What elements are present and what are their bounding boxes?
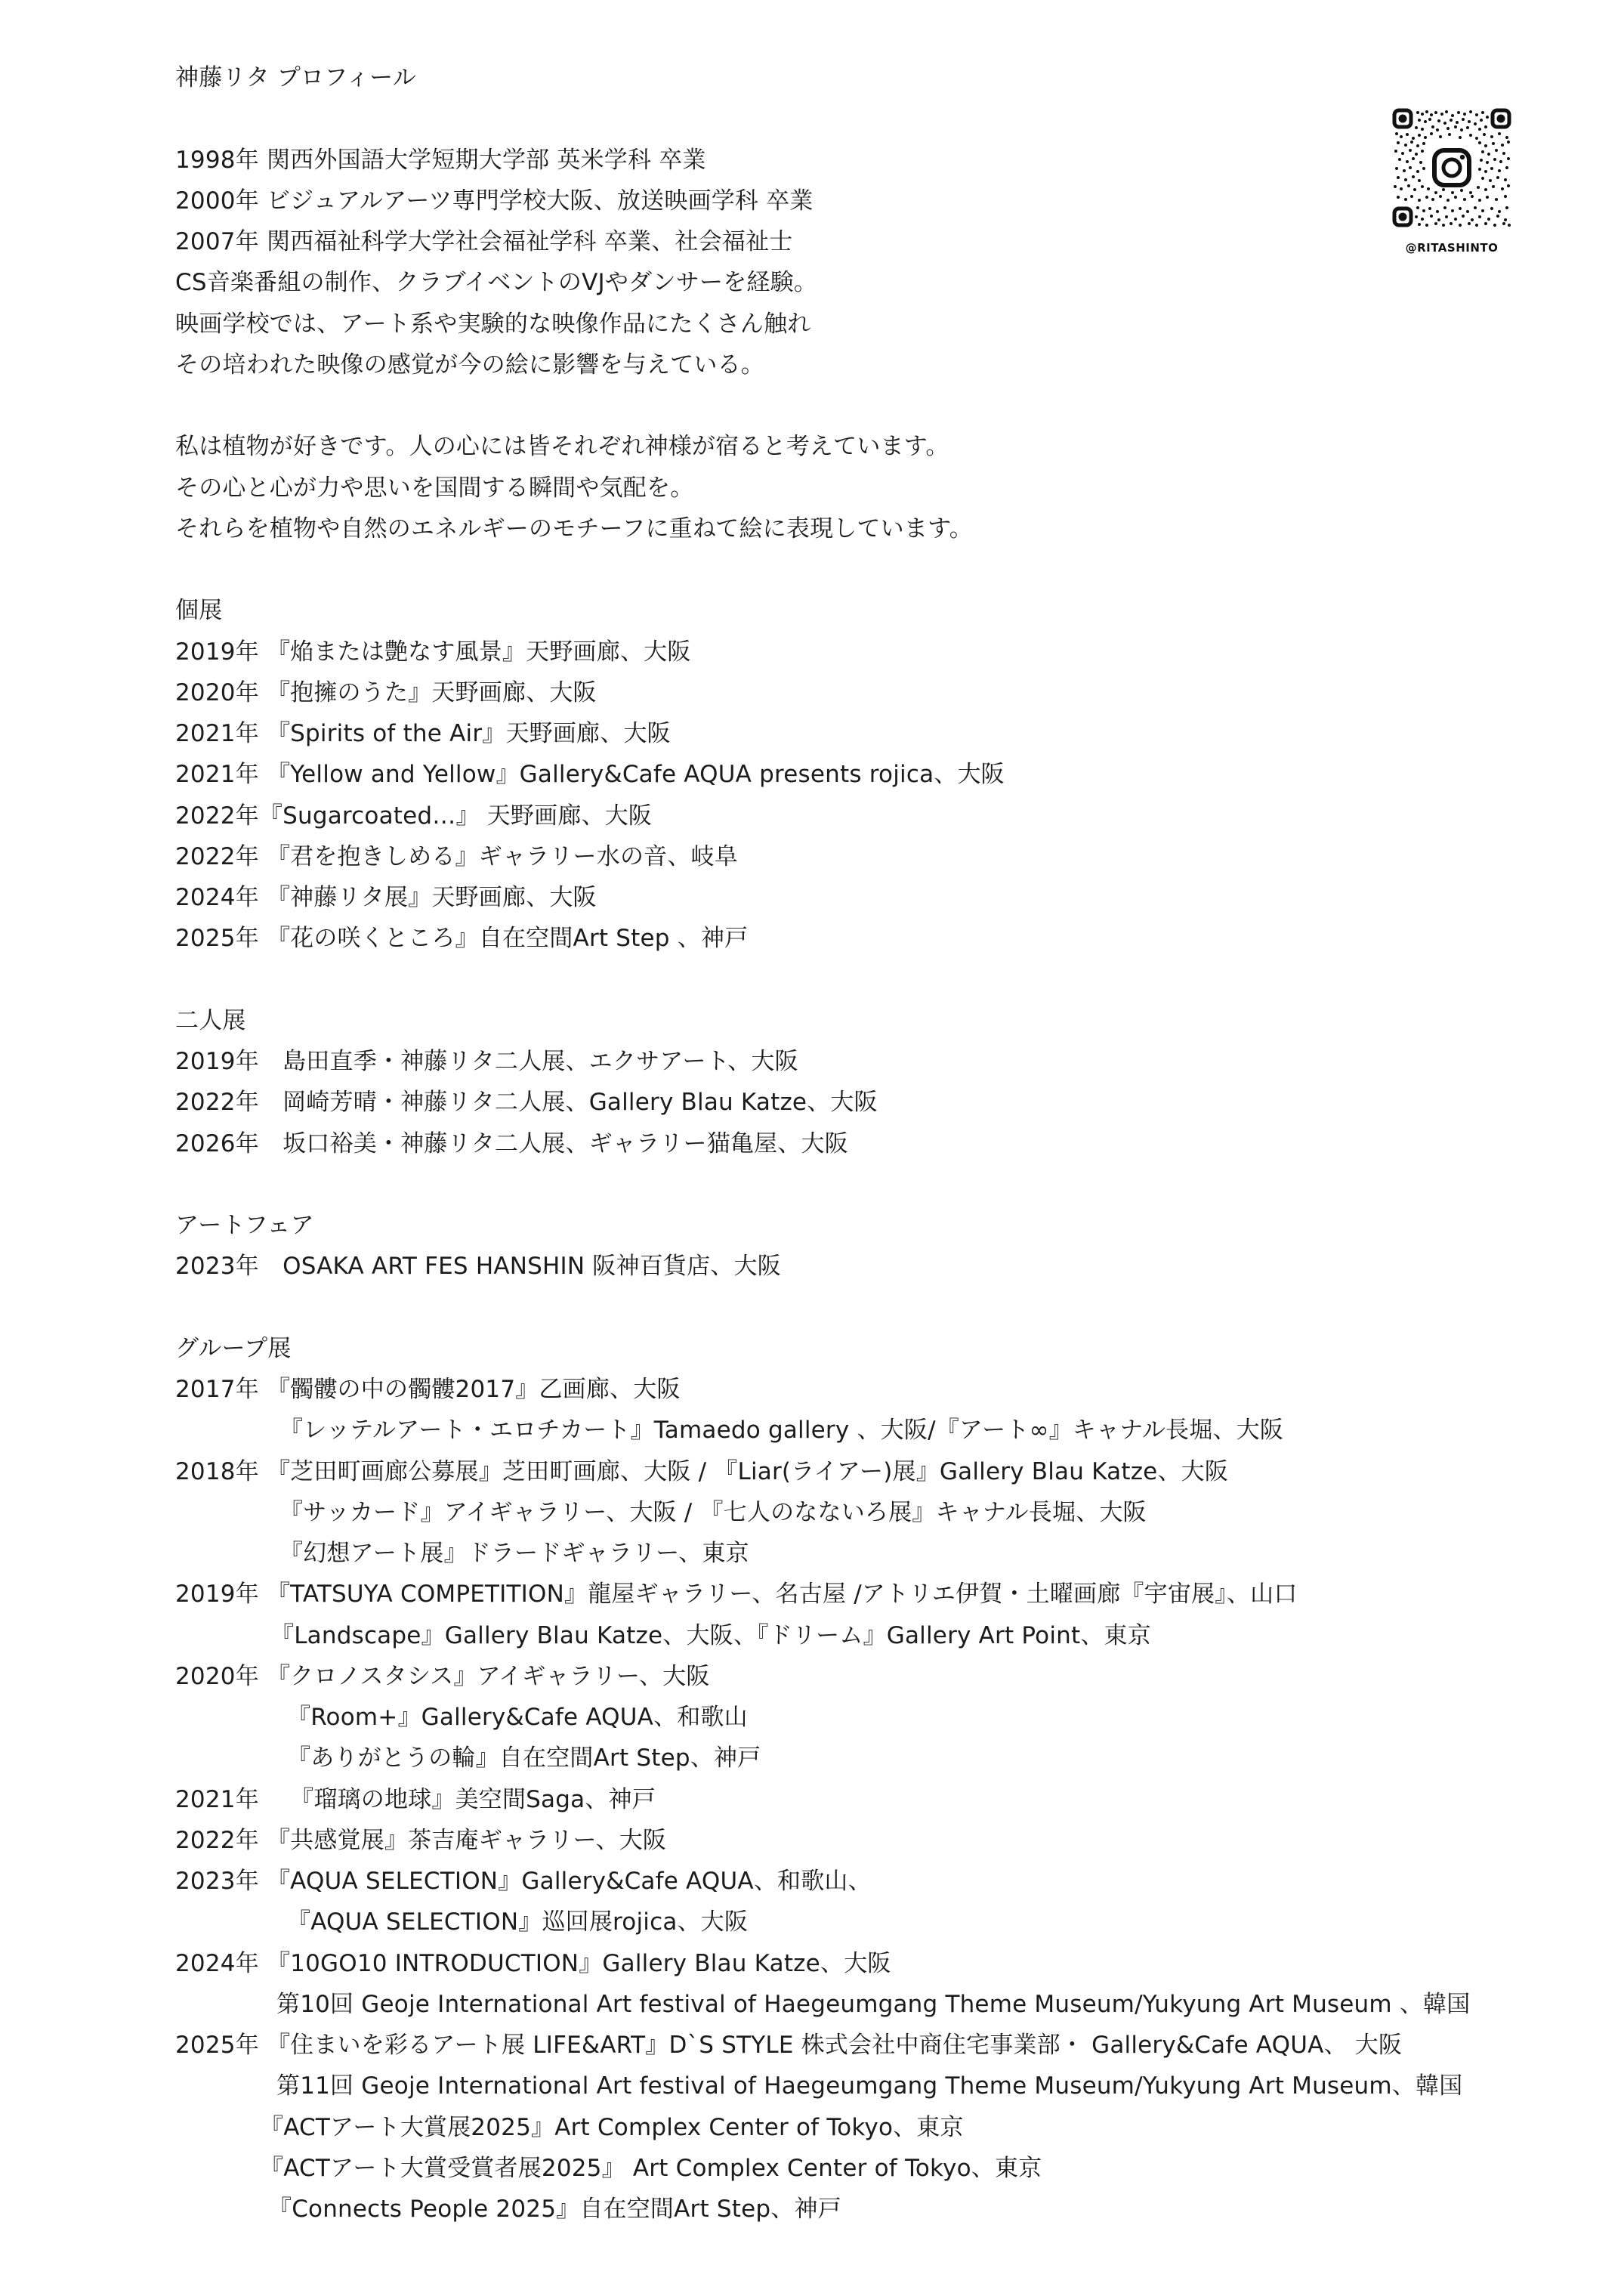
qr-code-icon xyxy=(1392,108,1511,227)
section-heading-duo: 二人展 xyxy=(175,1000,246,1041)
instagram-qr-block: @RITASHINTO xyxy=(1392,108,1511,255)
solo-exhibition-item: 2024年 『神藤リタ展』天野画廊、大阪 xyxy=(175,877,597,918)
group-exhibition-item: 2020年 『クロノスタシス』アイギャラリー、大阪 xyxy=(175,1656,710,1697)
artfair-item: 2023年 OSAKA ART FES HANSHIN 阪神百貨店、大阪 xyxy=(175,1246,781,1287)
group-exhibition-item: 2025年 『住まいを彩るアート展 LIFE&ART』D`S STYLE 株式会… xyxy=(175,2025,1402,2066)
instagram-handle: @RITASHINTO xyxy=(1392,241,1511,255)
group-exhibition-item: 2018年 『芝田町画廊公募展』芝田町画廊、大阪 / 『Liar(ライアー)展』… xyxy=(175,1451,1228,1492)
bio-line: CS音楽番組の制作、クラブイベントのVJやダンサーを経験。 xyxy=(175,262,817,303)
group-exhibition-item: 『レッテルアート・エロチカート』Tamaedo gallery 、大阪/『アート… xyxy=(279,1410,1283,1451)
group-exhibition-item: 第11回 Geoje International Art festival of… xyxy=(276,2066,1462,2106)
education-line: 2007年 関西福祉科学大学社会福祉学科 卒業、社会福祉士 xyxy=(175,221,792,262)
qr-code[interactable] xyxy=(1392,108,1511,227)
solo-exhibition-item: 2019年 『焔または艶なす風景』天野画廊、大阪 xyxy=(175,632,691,672)
section-heading-group: グループ展 xyxy=(175,1328,292,1369)
bio-line: その培われた映像の感覚が今の絵に影響を与えている。 xyxy=(175,345,764,385)
statement-line: 私は植物が好きです。人の心には皆それぞれ神様が宿ると考えています。 xyxy=(175,426,949,467)
group-exhibition-item: 2017年 『髑髏の中の髑髏2017』乙画廊、大阪 xyxy=(175,1369,681,1410)
group-exhibition-item: 2022年 『共感覚展』茶吉庵ギャラリー、大阪 xyxy=(175,1820,666,1861)
group-exhibition-item: 『幻想アート展』ドラードギャラリー、東京 xyxy=(279,1533,749,1574)
duo-exhibition-item: 2022年 岡崎芳晴・神藤リタ二人展、Gallery Blau Katze、大阪 xyxy=(175,1082,878,1123)
group-exhibition-item: 『Landscape』Gallery Blau Katze、大阪、『ドリーム』G… xyxy=(270,1615,1151,1656)
group-exhibition-item: 第10回 Geoje International Art festival of… xyxy=(276,1984,1470,2025)
statement-line: それらを植物や自然のエネルギーのモチーフに重ねて絵に表現しています。 xyxy=(175,508,973,549)
statement-line: その心と心が力や思いを国間する瞬間や気配を。 xyxy=(175,468,693,508)
education-line: 2000年 ビジュアルアーツ専門学校大阪、放送映画学科 卒業 xyxy=(175,181,814,221)
solo-exhibition-item: 2025年 『花の咲くところ』自在空間Art Step 、神戸 xyxy=(175,918,748,959)
group-exhibition-item: 2021年 『瑠璃の地球』美空間Saga、神戸 xyxy=(175,1779,656,1820)
group-exhibition-item: 2024年 『10GO10 INTRODUCTION』Gallery Blau … xyxy=(175,1943,891,1984)
profile-page: 神藤リタ プロフィール 1998年 関西外国語大学短期大学部 英米学科 卒業 2… xyxy=(0,0,1624,2293)
duo-exhibition-item: 2019年 島田直季・神藤リタ二人展、エクサアート、大阪 xyxy=(175,1041,798,1082)
group-exhibition-item: 『AQUA SELECTION』巡回展rojica、大阪 xyxy=(287,1902,748,1942)
education-line: 1998年 関西外国語大学短期大学部 英米学科 卒業 xyxy=(175,140,706,181)
group-exhibition-item: 『サッカード』アイギャラリー、大阪 / 『七人のなないろ展』キャナル長堀、大阪 xyxy=(279,1492,1147,1533)
solo-exhibition-item: 2022年 『君を抱きしめる』ギャラリー水の音、岐阜 xyxy=(175,836,738,877)
group-exhibition-item: 2023年 『AQUA SELECTION』Gallery&Cafe AQUA、… xyxy=(175,1861,872,1902)
group-exhibition-item: 『Connects People 2025』自在空間Art Step、神戸 xyxy=(268,2189,841,2230)
group-exhibition-item: 『Room+』Gallery&Cafe AQUA、和歌山 xyxy=(287,1697,748,1738)
group-exhibition-item: 『ACTアート大賞受賞者展2025』 Art Complex Center of… xyxy=(260,2148,1042,2189)
solo-exhibition-item: 2021年 『Yellow and Yellow』Gallery&Cafe AQ… xyxy=(175,754,1005,795)
solo-exhibition-item: 2020年 『抱擁のうた』天野画廊、大阪 xyxy=(175,672,597,713)
solo-exhibition-item: 2021年 『Spirits of the Air』天野画廊、大阪 xyxy=(175,713,671,754)
bio-line: 映画学校では、アート系や実験的な映像作品にたくさん触れ xyxy=(175,304,810,345)
instagram-icon xyxy=(1431,147,1472,188)
solo-exhibition-item: 2022年『Sugarcoated…』 天野画廊、大阪 xyxy=(175,796,652,836)
section-heading-artfair: アートフェア xyxy=(175,1205,314,1246)
page-title: 神藤リタ プロフィール xyxy=(175,57,416,98)
group-exhibition-item: 『ありがとうの輪』自在空間Art Step、神戸 xyxy=(287,1738,761,1778)
duo-exhibition-item: 2026年 坂口裕美・神藤リタ二人展、ギャラリー猫亀屋、大阪 xyxy=(175,1123,848,1164)
group-exhibition-item: 『ACTアート大賞展2025』Art Complex Center of Tok… xyxy=(260,2107,964,2148)
group-exhibition-item: 2019年 『TATSUYA COMPETITION』龍屋ギャラリー、名古屋 /… xyxy=(175,1574,1298,1615)
section-heading-solo: 個展 xyxy=(175,590,222,631)
